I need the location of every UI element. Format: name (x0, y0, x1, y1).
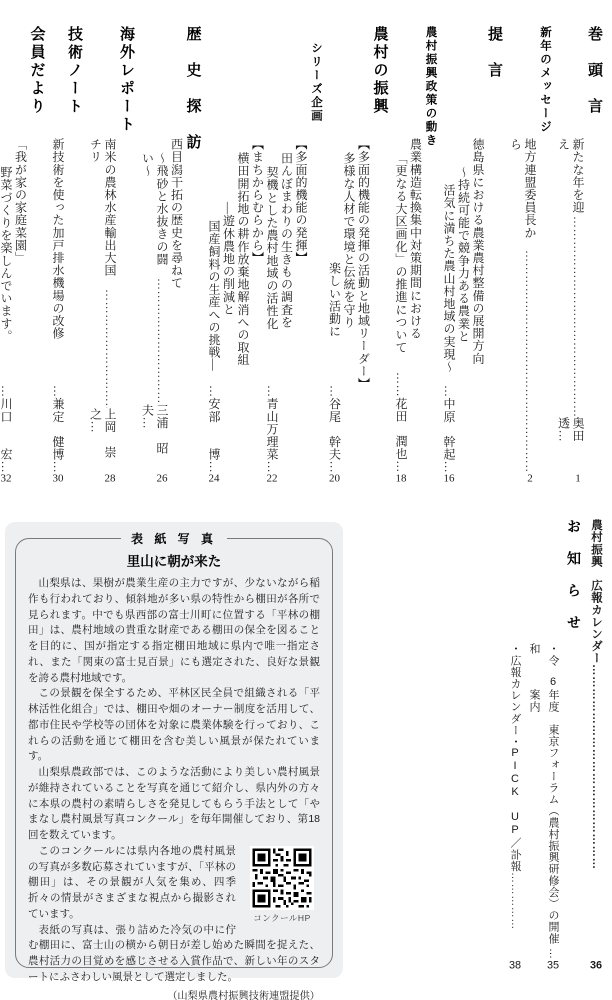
cover-photo-title: 里山に朝が来た (28, 550, 320, 570)
entry-subtitle: 〜飛砂と水抜きの闘い〜 (140, 152, 169, 278)
toc-section-history: 歴 史 探 訪 西目潟干拓の歴史を尋ねて 〜飛砂と水抜きの闘い〜……………………… (140, 26, 203, 484)
leader-dots: …………………………… (88, 289, 117, 408)
cover-photo-body: 山梨県は、果樹が農業生産の主力ですが、少ないながら稲作も行われており、傾斜地が多… (28, 576, 320, 1000)
toc-entry: 楽しい活動に…谷尾 幹夫…20 (327, 26, 342, 484)
table-of-contents: 巻 頭 言 新たな年を迎え………………………………………………奥田 透…1 新年… (0, 0, 612, 492)
notice-text: ／訃報 (505, 837, 524, 872)
toc-entry: 新たな年を迎え………………………………………………奥田 透…1 (556, 26, 585, 484)
qr-block: コンクールHP (244, 846, 320, 925)
toc-entry: 横田開拓地の耕作放棄地解消への取組 (236, 26, 251, 484)
notice-latin-text: PICK UP (505, 747, 524, 837)
page-number: 36 (586, 960, 606, 971)
entry-author: 三浦 昭夫… (140, 404, 169, 473)
section-heading: 農村の振興 (371, 26, 390, 484)
toc-entry: 徳島県における農業農村整備の展開方向 (471, 26, 486, 484)
page-number: 22 (265, 473, 280, 484)
calendar-title: 農村振興 広報カレンダー (586, 519, 606, 664)
entry-subtitle: 〜持続可能で競争力ある農業と (456, 166, 471, 342)
entry-author: …安部 博… (207, 385, 222, 473)
leader-dots (327, 338, 342, 385)
leader-dots (0, 342, 13, 384)
page-number: 18 (394, 473, 409, 484)
section-heading: 歴 史 探 訪 (184, 26, 203, 484)
page-number: 30 (51, 473, 66, 484)
entry-author: ……花田 潤也… (394, 372, 409, 473)
leader-dots: …………………………… (140, 278, 169, 404)
leader-dots: ……………………………………………… (508, 250, 537, 473)
entry-subtitle: ―遊休農地の削減と (221, 202, 236, 315)
toc-entry: 多様な人材で環境と伝統を守り (342, 26, 357, 484)
entry-series-bracket: 【多面的機能の発揮】 (294, 138, 309, 264)
toc-entry: 野菜づくりを楽しんでいます。…川口 宏…32 (0, 26, 13, 484)
leader-dots: ……………………………………………… (556, 216, 585, 417)
toc-section-policy: 農村振興政策の動き 農業構造転換集中対策期間における 「更なる大区画化」の推進に… (394, 26, 438, 484)
toc-entry: 契機とした農村地域の活性化…青山万理菜…22 (265, 26, 280, 484)
toc-entry: 活気に満ちた農山村地域の実現〜…中原 幹起…16 (442, 26, 457, 484)
leader-dots: …………… (505, 872, 524, 960)
page-number: 1 (556, 473, 585, 484)
toc-entry: 南米の農林水産輸出大国 チリ……………………………上岡 崇之…28 (88, 26, 117, 484)
entry-subtitle: 活気に満ちた農山村地域の実現〜 (442, 184, 457, 373)
page-number: 26 (140, 473, 169, 484)
entry-title: 多様な人材で環境と伝統を守り (342, 152, 357, 328)
notice-item: ・令和6年度 東京フォーラム（農村振興研修会）の開催案内…35 (524, 643, 562, 971)
toc-entry: 【多面的機能の発揮】 (294, 26, 309, 484)
notice-text: ・令和 (524, 643, 562, 676)
page-number: 32 (0, 473, 13, 484)
section-heading: シリーズ企画 (308, 26, 323, 484)
entry-title: 農業構造転換集中対策期間における (408, 138, 423, 340)
entry-title: 楽しい活動に (327, 262, 342, 338)
leader-dots (442, 373, 457, 385)
photo-credit: （山梨県農村振興技術連盟提供） (28, 989, 320, 1000)
page-number: 38 (505, 960, 524, 971)
section-heading: 提 言 (485, 26, 504, 484)
toc-section-series: シリーズ企画 【多面的機能の発揮】 田んぼまわりの生きもの調査を 契機とした農村… (207, 26, 324, 484)
cover-photo-paragraph: 山梨県は、果樹が農業生産の主力ですが、少ないながら稲作も行われており、傾斜地が多… (28, 576, 320, 686)
cover-photo-paragraph: 表紙の写真は、張り詰めた冷気の中に佇む棚田に、富士山の横から朝日が差し始めた瞬間… (28, 923, 320, 986)
leader-dots: …………………………………………… (586, 664, 606, 960)
entry-subtitle: 国産飼料の生産への挑戦― (207, 220, 222, 371)
notice-text: 年度 東京フォーラム（農村振興研修会）の開催案内 (524, 689, 562, 949)
page-number: 28 (88, 473, 117, 484)
toc-entry: 〜持続可能で競争力ある農業と (456, 26, 471, 484)
entry-author: 上岡 崇之… (88, 408, 117, 473)
magazine-toc-page: 巻 頭 言 新たな年を迎え………………………………………………奥田 透…1 新年… (0, 0, 612, 1000)
announcements: 農村振興 広報カレンダー……………………………………………36 お 知 ら せ … (504, 495, 608, 977)
entry-title: 「更なる大区画化」の推進について (394, 152, 409, 354)
toc-section-teigen: 提 言 徳島県における農業農村整備の展開方向 〜持続可能で競争力ある農業と 活気… (442, 26, 505, 484)
page-number: 2 (508, 473, 537, 484)
section-heading: 農村振興政策の動き (423, 26, 438, 484)
page-number: 20 (327, 473, 342, 484)
qr-caption: コンクールHP (244, 912, 320, 925)
toc-entry: 地方連盟委員長から………………………………………………2 (508, 26, 537, 484)
entry-title: 新たな年を迎え (556, 138, 585, 216)
leader-dots (207, 371, 222, 385)
entry-title: 新技術を使った加戸排水機場の改修 (51, 138, 66, 340)
entry-series-bracket: 【まちからむらから】 (250, 138, 265, 264)
entry-title: 田んぼまわりの生きもの調査を (279, 152, 294, 328)
cover-photo-paragraph: この景観を保全するため、平林区民全員で組織される「平林活性化組合」では、棚田や畑… (28, 686, 320, 765)
notice-text: ・広報カレンダー・ (505, 643, 524, 747)
leader-dots (51, 340, 66, 385)
toc-entry: 〜飛砂と水抜きの闘い〜……………………………三浦 昭夫…26 (140, 26, 169, 484)
qr-code (250, 846, 314, 910)
entry-title: 西目潟干拓の歴史を尋ねて (169, 138, 184, 289)
section-heading: 海外レポート (117, 26, 136, 484)
toc-section-shinko: 農村の振興 【多面的機能の発揮の活動と地域リーダー】 多様な人材で環境と伝統を守… (327, 26, 390, 484)
entry-title: 野菜づくりを楽しんでいます。 (0, 166, 13, 342)
leader-dots (394, 354, 409, 373)
toc-entry: 田んぼまわりの生きもの調査を (279, 26, 294, 484)
toc-entry: 「我が家の家庭菜園」 (13, 26, 28, 484)
leader-dots: … (524, 948, 562, 960)
entry-title: 契機とした農村地域の活性化 (265, 166, 280, 330)
entry-title: 徳島県における農業農村整備の展開方向 (471, 138, 486, 365)
toc-entry: 「更なる大区画化」の推進について……花田 潤也…18 (394, 26, 409, 484)
leader-dots (265, 330, 280, 385)
entry-title: 「我が家の家庭菜園」 (13, 138, 28, 264)
section-heading: 新年のメッセージ (537, 26, 552, 484)
toc-section-kantogen: 巻 頭 言 新たな年を迎え………………………………………………奥田 透…1 (556, 26, 604, 484)
toc-entry: 農業構造転換集中対策期間における (408, 26, 423, 484)
toc-entry: 国産飼料の生産への挑戦―…安部 博…24 (207, 26, 222, 484)
cover-photo-paragraph: 山梨県農政部では、このような活動により美しい農村風景が維持されていることを写真を… (28, 765, 320, 844)
notices-heading: お 知 ら せ (562, 519, 586, 971)
entry-author: …青山万理菜… (265, 385, 280, 473)
page-number: 24 (207, 473, 222, 484)
notice-item: ・広報カレンダー・PICK UP／訃報……………38 (505, 643, 524, 971)
page-number: 35 (524, 960, 562, 971)
toc-section-members: 会員だより 「我が家の家庭菜園」 野菜づくりを楽しんでいます。…川口 宏…32 … (0, 26, 47, 484)
entry-series-bracket: 【多面的機能の発揮の活動と地域リーダー】 (356, 138, 371, 390)
entry-author: …兼定 健博… (51, 385, 66, 473)
toc-entry: 【まちからむらから】 (250, 26, 265, 484)
entry-author: 奥田 透… (556, 417, 585, 473)
entry-title: 地方連盟委員長から (508, 138, 537, 250)
entry-author: …谷尾 幹夫… (327, 385, 342, 473)
toc-section-technote: 技術ノート 新技術を使った加戸排水機場の改修…兼定 健博…30 (51, 26, 85, 484)
entry-author: …川口 宏… (0, 385, 13, 473)
cover-photo-box: 表 紙 写 真 里山に朝が来た 山梨県は、果樹が農業生産の主力ですが、少ないなが… (15, 530, 333, 968)
cover-photo-label: 表 紙 写 真 (121, 530, 227, 547)
toc-entry: 【多面的機能の発揮の活動と地域リーダー】 (356, 26, 371, 484)
page-number: 16 (442, 473, 457, 484)
toc-section-overseas: 海外レポート 南米の農林水産輸出大国 チリ……………………………上岡 崇之…28 (88, 26, 136, 484)
section-heading: 技術ノート (65, 26, 84, 484)
section-heading: 会員だより (28, 26, 47, 484)
section-heading: 巻 頭 言 (585, 26, 604, 484)
toc-entry: ―遊休農地の削減と (221, 26, 236, 484)
entry-author: …中原 幹起… (442, 385, 457, 473)
toc-section-message: 新年のメッセージ 地方連盟委員長から………………………………………………2 (508, 26, 552, 484)
entry-title: 南米の農林水産輸出大国 チリ (88, 138, 117, 289)
notices-list: ・令和6年度 東京フォーラム（農村振興研修会）の開催案内…35 ・広報カレンダー… (505, 643, 562, 971)
toc-entry: 新技術を使った加戸排水機場の改修…兼定 健博…30 (51, 26, 66, 484)
calendar-entry: 農村振興 広報カレンダー……………………………………………36 (586, 519, 606, 971)
cover-photo-panel: 表 紙 写 真 里山に朝が来た 山梨県は、果樹が農業生産の主力ですが、少ないなが… (5, 522, 343, 978)
toc-entry: 西目潟干拓の歴史を尋ねて (169, 26, 184, 484)
notice-year-digit: 6 (524, 676, 562, 689)
entry-title: 横田開拓地の耕作放棄地解消への取組 (236, 152, 251, 366)
